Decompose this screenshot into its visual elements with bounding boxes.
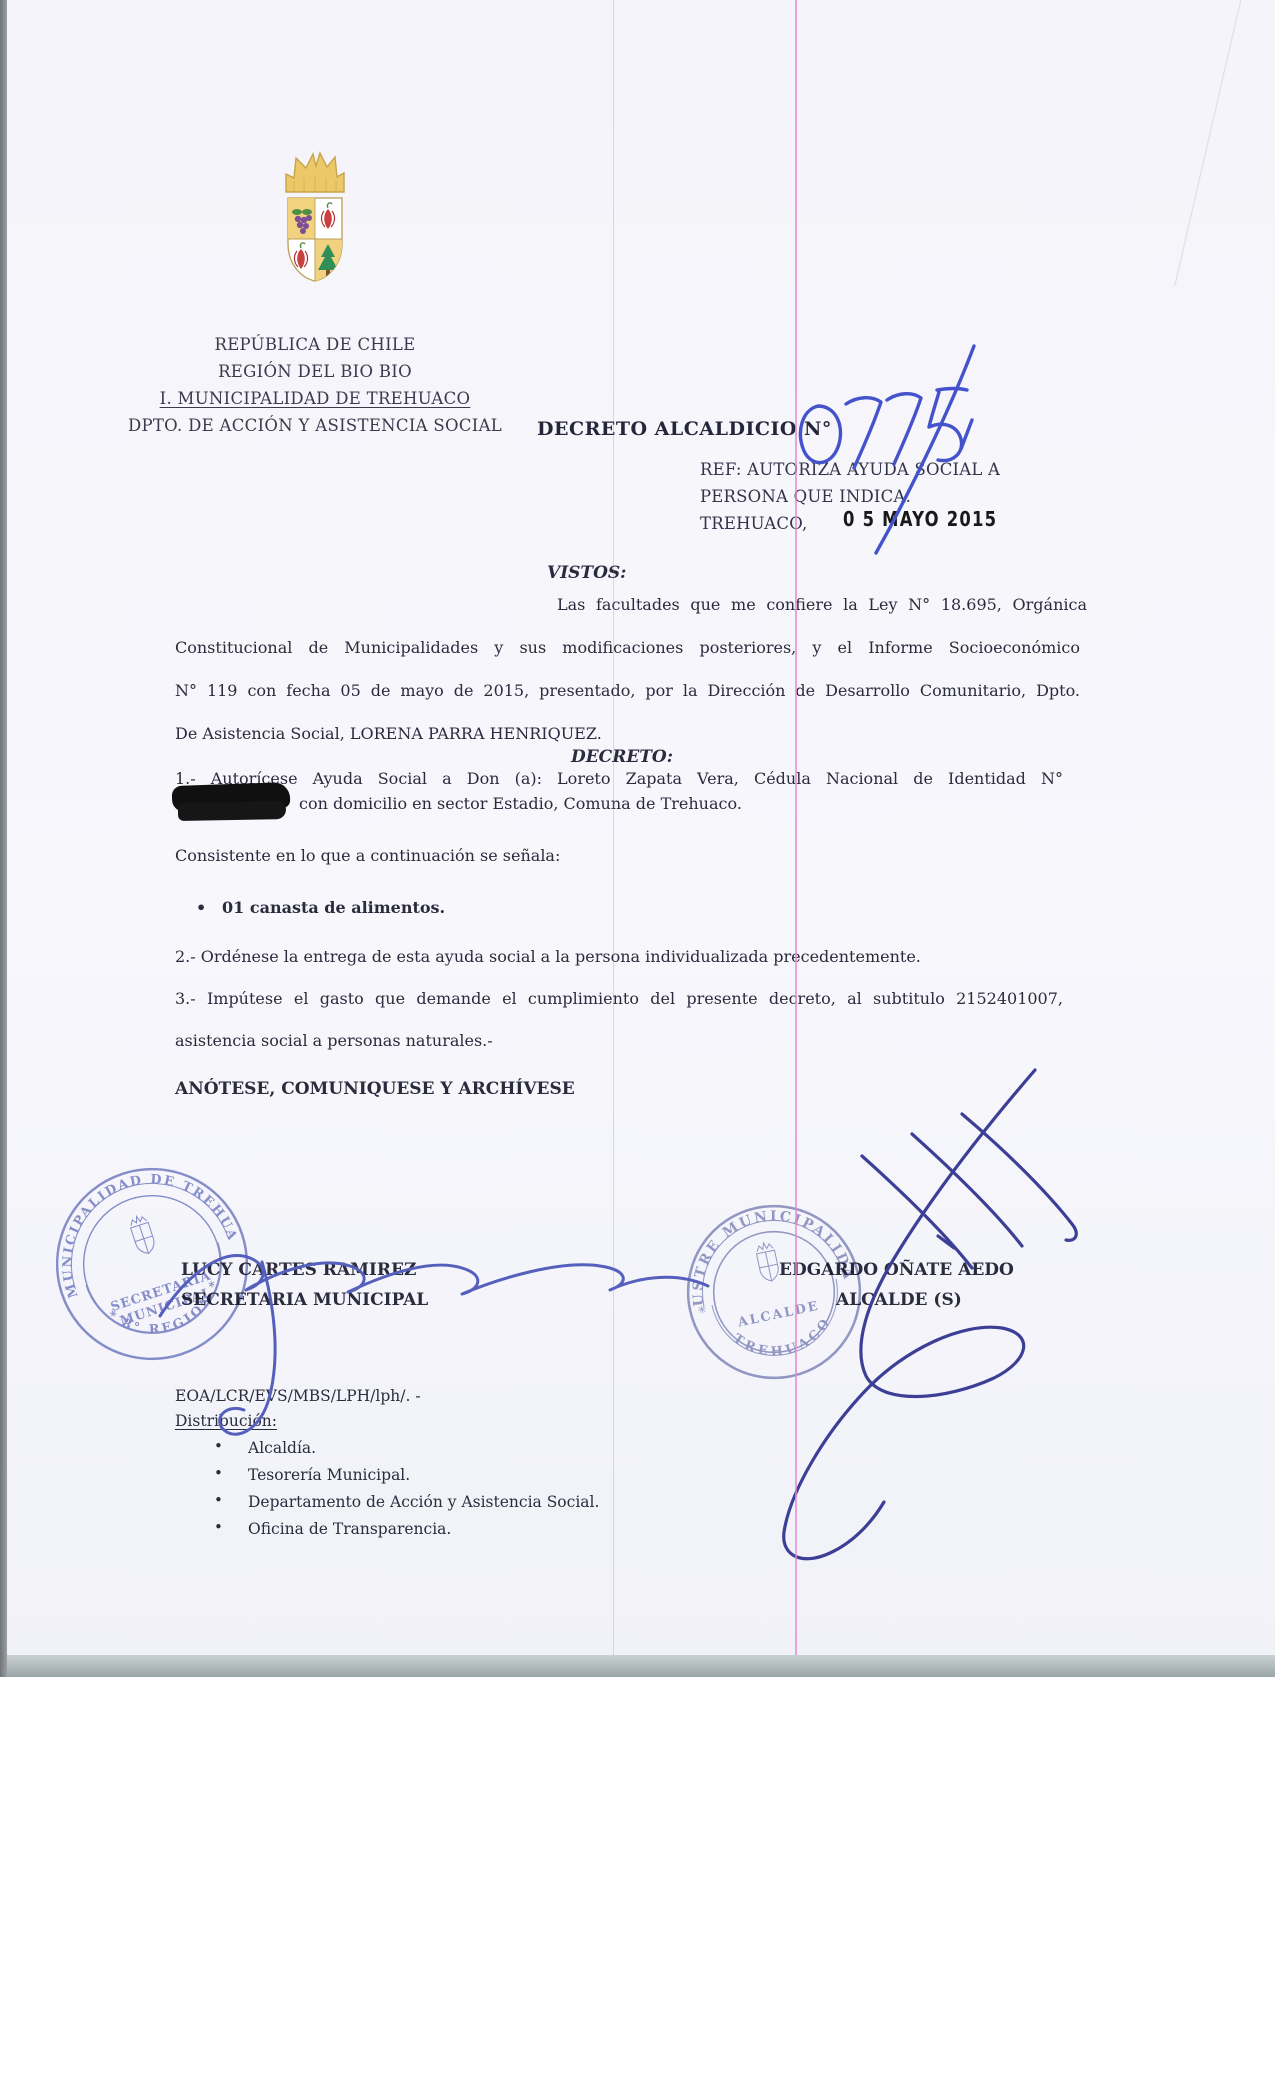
scan-bottom-shadow bbox=[0, 1655, 1275, 1677]
vistos-line-3: N° 119 con fecha 05 de mayo de 2015, pre… bbox=[175, 681, 1080, 702]
vistos-heading: VISTOS: bbox=[547, 562, 626, 584]
closing-line: ANÓTESE, COMUNIQUESE Y ARCHÍVESE bbox=[175, 1078, 575, 1100]
distribution-item-alcaldia: Alcaldía. bbox=[248, 1438, 316, 1458]
consistente-line: Consistente en lo que a continuación se … bbox=[175, 846, 560, 867]
initials-line: EOA/LCR/EVS/MBS/LPH/lph/. - bbox=[175, 1386, 421, 1406]
ref-line-3: TREHUACO, bbox=[700, 513, 807, 534]
decreto-item1-line2: con domicilio en sector Estadio, Comuna … bbox=[299, 794, 742, 815]
coat-of-arms bbox=[278, 148, 352, 298]
distribution-item-transparencia: Oficina de Transparencia. bbox=[248, 1519, 451, 1539]
decreto-item2: 2.- Ordénese la entrega de esta ayuda so… bbox=[175, 947, 921, 968]
secretaria-municipal-stamp: I. MUNICIPALIDAD DE TREHUACO * 8° REGION… bbox=[23, 1135, 280, 1392]
decreto-item3-line2: asistencia social a personas naturales.- bbox=[175, 1031, 493, 1052]
letterhead-line-3: I. MUNICIPALIDAD DE TREHUACO bbox=[160, 388, 471, 409]
ref-line-1: REF: AUTORIZA AYUDA SOCIAL A bbox=[700, 459, 1000, 480]
vistos-line-4: De Asistencia Social, LORENA PARRA HENRI… bbox=[175, 724, 602, 745]
letterhead-line-4: DPTO. DE ACCIÓN Y ASISTENCIA SOCIAL bbox=[128, 415, 502, 436]
letterhead-line-1: REPÚBLICA DE CHILE bbox=[214, 334, 415, 355]
date-stamp: 0 5 MAYO 2015 bbox=[843, 506, 997, 532]
stamp-right-star-right: ✳ bbox=[838, 1264, 850, 1279]
scanned-document-page: REPÚBLICA DE CHILE REGIÓN DEL BIO BIO I.… bbox=[0, 0, 1275, 1677]
stamp-right-ring-text: ILUSTRE MUNICIPALIDAD bbox=[665, 1183, 857, 1318]
fold-line-gray bbox=[613, 0, 614, 1655]
distribution-item-departamento: Departamento de Acción y Asistencia Soci… bbox=[248, 1492, 599, 1512]
decree-title: DECRETO ALCALDICIO N° bbox=[537, 417, 832, 442]
redaction-mark bbox=[172, 784, 294, 824]
svg-text:ILUSTRE MUNICIPALIDAD: ILUSTRE MUNICIPALIDAD bbox=[665, 1183, 857, 1318]
distribution-heading: Distribución: bbox=[175, 1411, 277, 1431]
scan-left-edge bbox=[0, 0, 7, 1677]
stamp-right-inner-text: ALCALDE bbox=[736, 1299, 821, 1331]
ref-line-2: PERSONA QUE INDICA. bbox=[700, 486, 911, 507]
vistos-line-1: Las facultades que me confiere la Ley N°… bbox=[557, 595, 1087, 616]
fold-line-pink bbox=[795, 0, 797, 1672]
paper-crease bbox=[1174, 0, 1242, 286]
decreto-item1-line1: 1.- Autorícese Ayuda Social a Don (a): L… bbox=[175, 769, 1063, 790]
decreto-heading: DECRETO: bbox=[571, 746, 673, 768]
distribution-item-tesoreria: Tesorería Municipal. bbox=[248, 1465, 410, 1485]
aid-bullet-item: 01 canasta de alimentos. bbox=[222, 898, 445, 919]
letterhead-line-2: REGIÓN DEL BIO BIO bbox=[218, 361, 412, 382]
alcalde-stamp: ILUSTRE MUNICIPALIDAD TREHUACO ALCALDE ✳… bbox=[665, 1183, 883, 1401]
vistos-line-2: Constitucional de Municipalidades y sus … bbox=[175, 638, 1080, 659]
decreto-item3-line1: 3.- Impútese el gasto que demande el cum… bbox=[175, 989, 1063, 1010]
